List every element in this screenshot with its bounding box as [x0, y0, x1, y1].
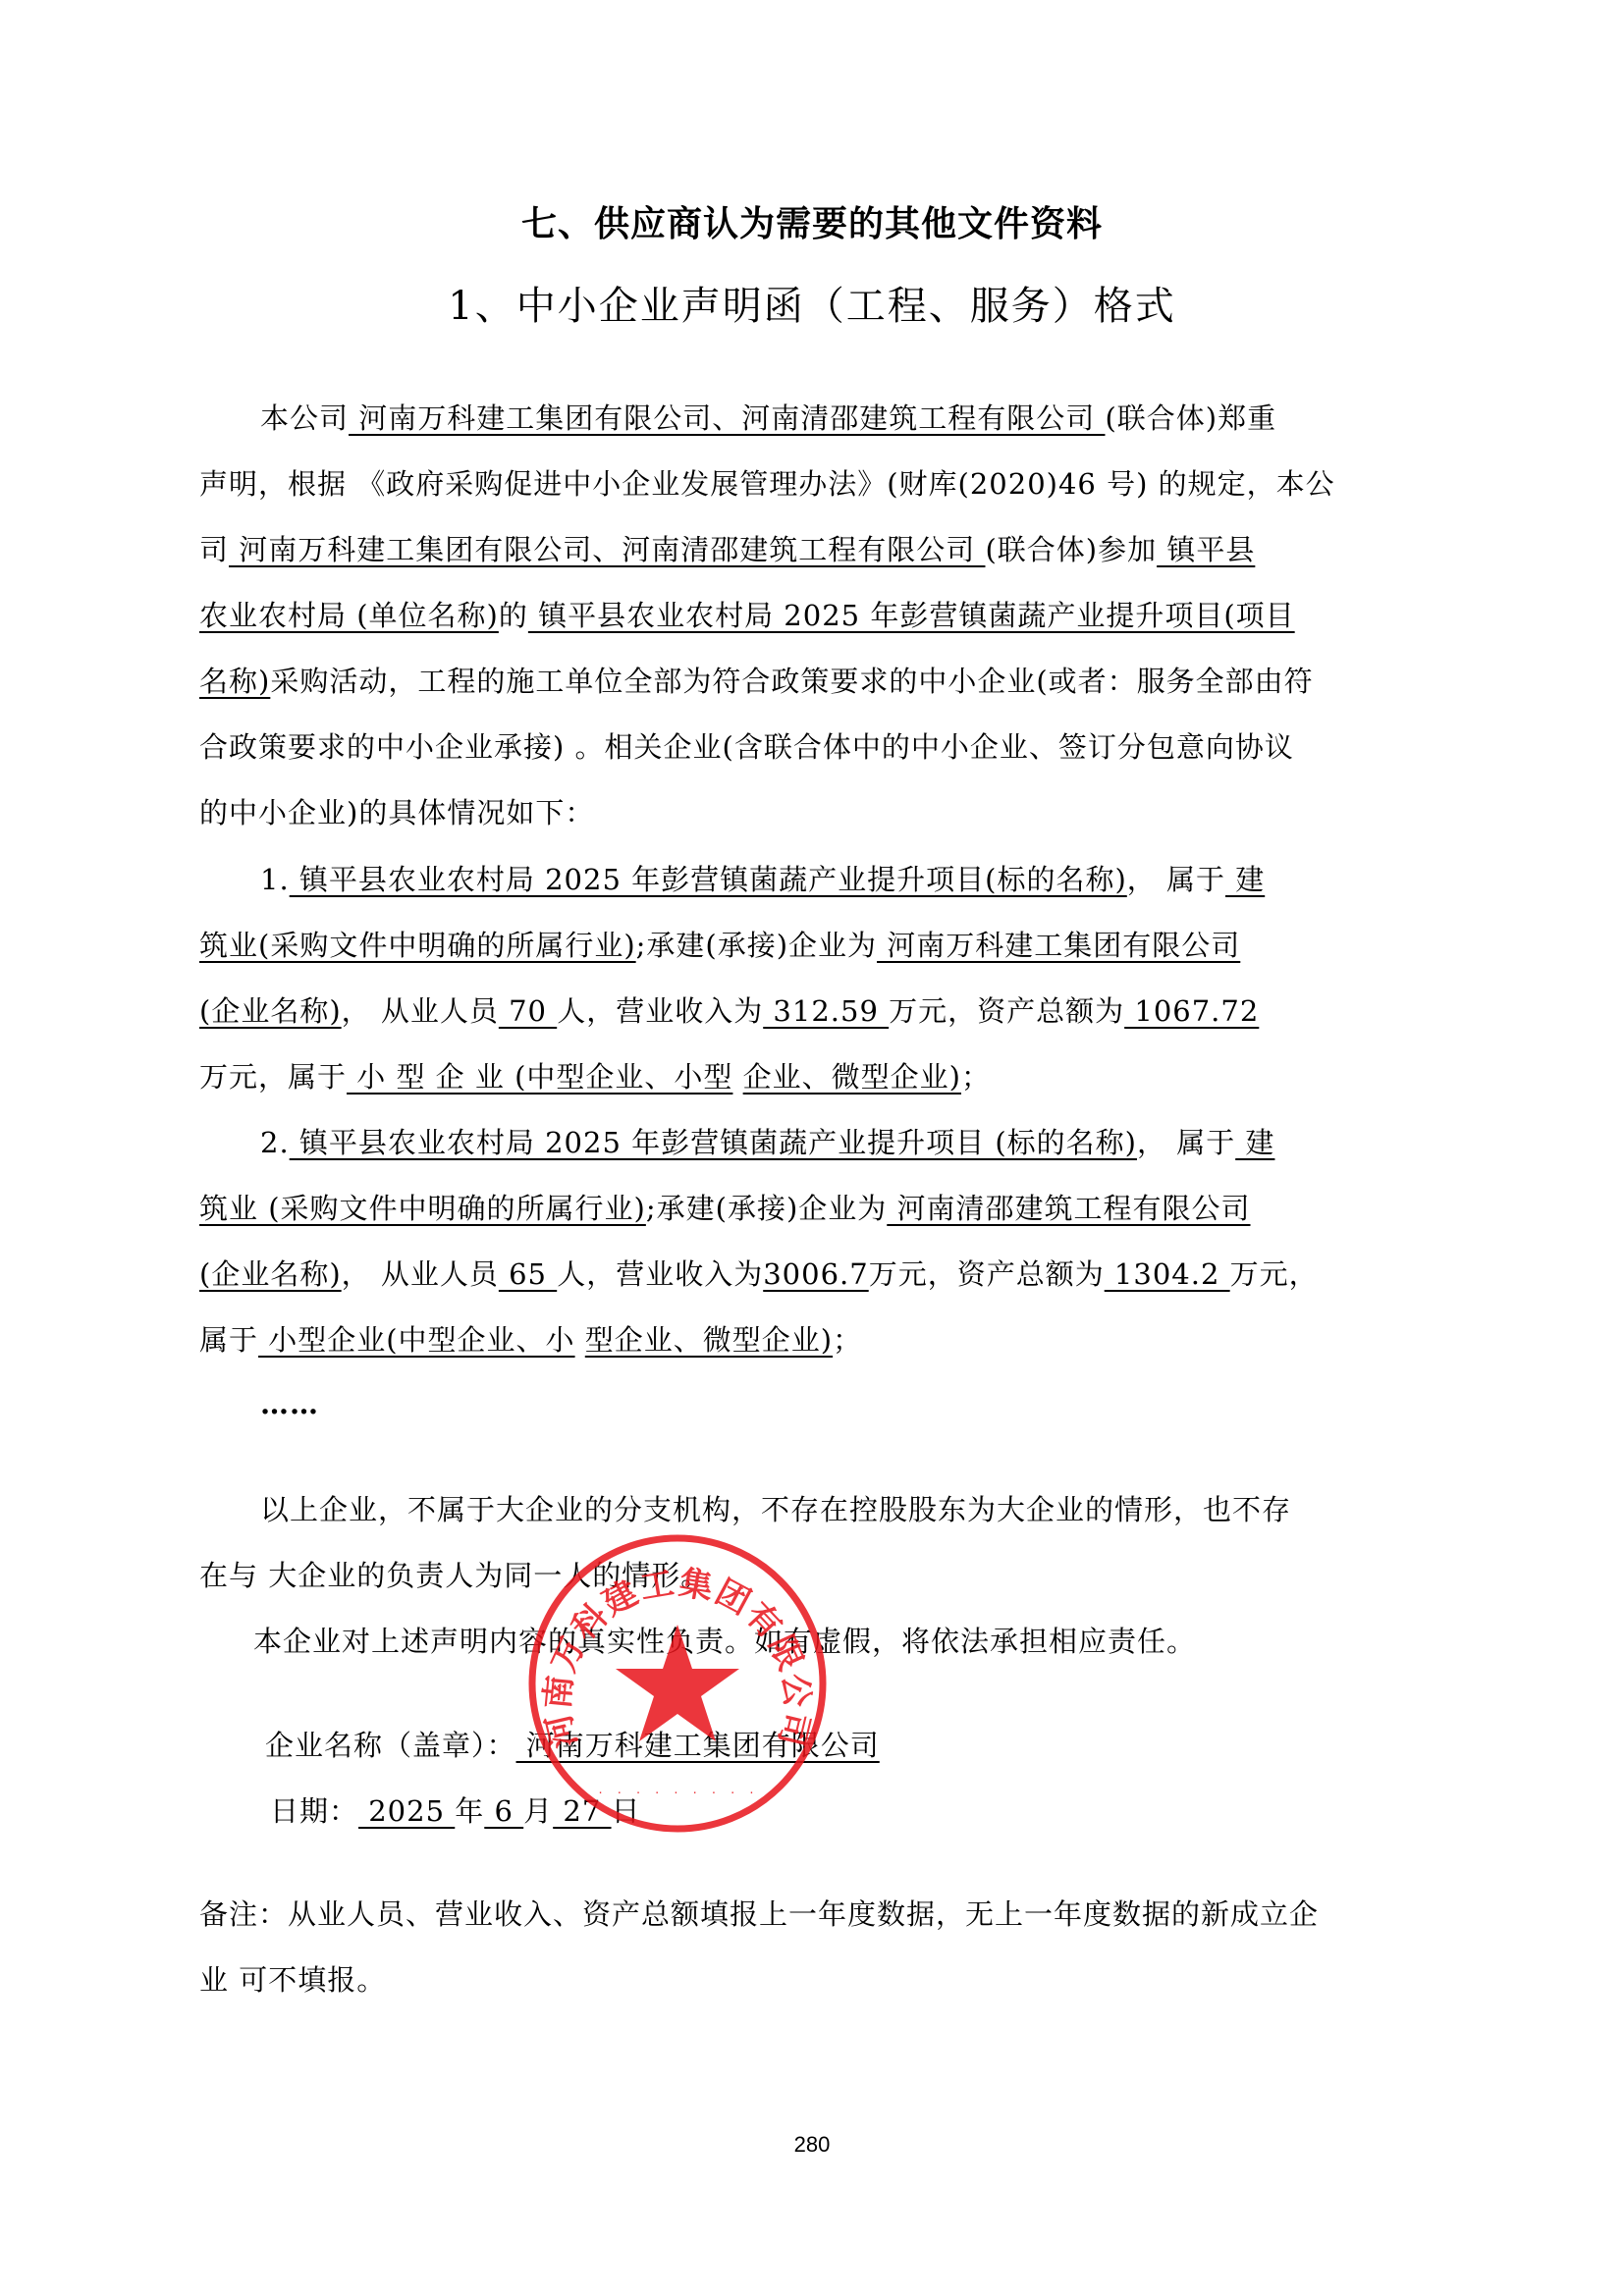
date-label: 日期： — [270, 1794, 358, 1828]
text: ； — [961, 1060, 991, 1094]
text: 万元， — [1230, 1257, 1319, 1291]
date-year: 2025 — [358, 1794, 455, 1828]
filled-company-name: 河南万科建工集团有限公司 — [877, 929, 1240, 962]
note-line-2: 业 可不填报。 — [199, 1962, 1422, 1998]
item-number: 1. — [260, 863, 290, 896]
filled-industry: 筑业(采购文件中明确的所属行业) — [199, 929, 636, 962]
intro-line-6: 合政策要求的中小企业承接) 。相关企业(含联合体中的中小企业、签订分包意向协议 — [199, 729, 1422, 765]
text: 日 — [612, 1794, 641, 1828]
text: ； — [833, 1323, 862, 1357]
item-1-line-2: 筑业(采购文件中明确的所属行业);承建(承接)企业为 河南万科建工集团有限公司 — [199, 928, 1422, 963]
statement-line-3: 本企业对上述声明内容的真实性负责。如有虚假，将依法承担相应责任。 — [199, 1624, 1476, 1659]
filled-enterprise-size: 小型企业(中型企业、小 — [258, 1323, 575, 1357]
text: (联合体)参加 — [985, 533, 1157, 566]
text: 年 — [455, 1794, 484, 1828]
company-name-label: (企业名称) — [199, 994, 342, 1028]
text: 本公司 — [260, 401, 349, 435]
page-number: 280 — [0, 2132, 1624, 2158]
text: (联合体)郑重 — [1105, 401, 1276, 435]
text: ， 从业人员 — [342, 1257, 499, 1291]
text: ， 属于 — [1127, 863, 1225, 896]
intro-line-7: 的中小企业)的具体情况如下： — [199, 795, 1422, 830]
item-2-line-3: (企业名称)， 从业人员 65 人，营业收入为3006.7万元，资产总额为 13… — [199, 1256, 1422, 1292]
filled-company-name: 河南万科建工集团有限公司、河南清邵建筑工程有限公司 — [349, 401, 1105, 435]
filled-employees: 70 — [499, 994, 557, 1028]
item-1-line-4: 万元，属于 小 型 企 业 (中型企业、小型 企业、微型企业)； — [199, 1059, 1422, 1095]
statement-line-1: 以上企业，不属于大企业的分支机构，不存在控股股东为大企业的情形，也不存 — [199, 1492, 1483, 1527]
filled-enterprise-size: 型企业、微型企业) — [585, 1323, 833, 1357]
text: 采购活动，工程的施工单位全部为符合政策要求的中小企业(或者：服务全部由符 — [270, 665, 1313, 698]
item-1-line-1: 1. 镇平县农业农村局 2025 年彭营镇菌蔬产业提升项目(标的名称)， 属于 … — [199, 862, 1483, 897]
filled-industry: 建 — [1225, 863, 1265, 896]
filled-industry: 建 — [1235, 1126, 1274, 1159]
filled-revenue: 312.59 — [763, 994, 889, 1028]
statement-line-2: 在与 大企业的负责人为同一人的情形。 — [199, 1558, 1422, 1593]
document-page: 七、供应商认为需要的其他文件资料 1、中小企业声明函（工程、服务）格式 本公司 … — [0, 0, 1624, 2296]
signature-date-line: 日期： 2025 年 6 月 27 日 — [270, 1793, 1492, 1829]
text: 月 — [523, 1794, 553, 1828]
item-2-line-1: 2. 镇平县农业农村局 2025 年彭营镇菌蔬产业提升项目 (标的名称)， 属于… — [199, 1125, 1483, 1160]
section-title: 七、供应商认为需要的其他文件资料 — [0, 196, 1624, 246]
text: 万元，属于 — [199, 1060, 347, 1094]
text: ， 从业人员 — [342, 994, 499, 1028]
filled-assets: 1304.2 — [1105, 1257, 1230, 1291]
filled-enterprise-size: 小 型 企 业 (中型企业、小型 — [347, 1060, 732, 1094]
item-number: 2. — [260, 1126, 290, 1159]
filled-assets: 1067.72 — [1124, 994, 1259, 1028]
filled-unit-name: 农业农村局 (单位名称) — [199, 599, 499, 632]
filled-company-name: 河南清邵建筑工程有限公司 — [887, 1192, 1250, 1225]
company-name-label: (企业名称) — [199, 1257, 342, 1291]
filled-enterprise-size: 企业、微型企业) — [743, 1060, 961, 1094]
date-day: 27 — [553, 1794, 611, 1828]
text: ;承建(承接)企业为 — [636, 929, 877, 962]
text: 的 — [499, 599, 528, 632]
intro-line-5: 名称)采购活动，工程的施工单位全部为符合政策要求的中小企业(或者：服务全部由符 — [199, 664, 1422, 699]
signature-company-line: 企业名称（盖章）： 河南万科建工集团有限公司 — [265, 1728, 1488, 1763]
filled-project-name: 名称) — [199, 665, 270, 698]
text: ;承建(承接)企业为 — [646, 1192, 887, 1225]
filled-unit-name: 镇平县 — [1157, 533, 1255, 566]
intro-line-3: 司 河南万科建工集团有限公司、河南清邵建筑工程有限公司 (联合体)参加 镇平县 — [199, 532, 1422, 567]
text: ， 属于 — [1137, 1126, 1235, 1159]
ellipsis: …… — [199, 1386, 1483, 1421]
signature-company-name: 河南万科建工集团有限公司 — [516, 1729, 880, 1762]
date-month: 6 — [484, 1794, 523, 1828]
intro-line-4: 农业农村局 (单位名称)的 镇平县农业农村局 2025 年彭营镇菌蔬产业提升项目… — [199, 598, 1422, 633]
text: 人，营业收入为 — [557, 1257, 763, 1291]
item-2-line-2: 筑业 (采购文件中明确的所属行业);承建(承接)企业为 河南清邵建筑工程有限公司 — [199, 1191, 1422, 1226]
filled-project-name: 镇平县农业农村局 2025 年彭营镇菌蔬产业提升项目 (标的名称) — [290, 1126, 1137, 1159]
text: 属于 — [199, 1323, 258, 1357]
text: 万元，资产总额为 — [889, 994, 1124, 1028]
filled-employees: 65 — [499, 1257, 557, 1291]
filled-project-name: 镇平县农业农村局 2025 年彭营镇菌蔬产业提升项目(项目 — [528, 599, 1295, 632]
item-2-line-4: 属于 小型企业(中型企业、小 型企业、微型企业)； — [199, 1322, 1422, 1358]
company-seal-label: 企业名称（盖章）： — [265, 1729, 516, 1762]
text: 司 — [199, 533, 229, 566]
intro-line-2: 声明，根据 《政府采购促进中小企业发展管理办法》(财库(2020)46 号) 的… — [199, 466, 1422, 502]
filled-company-name: 河南万科建工集团有限公司、河南清邵建筑工程有限公司 — [229, 533, 985, 566]
text: 万元，资产总额为 — [869, 1257, 1105, 1291]
text: 人，营业收入为 — [557, 994, 763, 1028]
document-subtitle: 1、中小企业声明函（工程、服务）格式 — [0, 275, 1624, 331]
item-1-line-3: (企业名称)， 从业人员 70 人，营业收入为 312.59 万元，资产总额为 … — [199, 993, 1422, 1029]
filled-industry: 筑业 (采购文件中明确的所属行业) — [199, 1192, 646, 1225]
intro-line-1: 本公司 河南万科建工集团有限公司、河南清邵建筑工程有限公司 (联合体)郑重 — [199, 400, 1483, 436]
note-line-1: 备注：从业人员、营业收入、资产总额填报上一年度数据，无上一年度数据的新成立企 — [199, 1896, 1422, 1932]
filled-revenue: 3006.7 — [763, 1257, 868, 1291]
filled-project-name: 镇平县农业农村局 2025 年彭营镇菌蔬产业提升项目(标的名称) — [290, 863, 1127, 896]
